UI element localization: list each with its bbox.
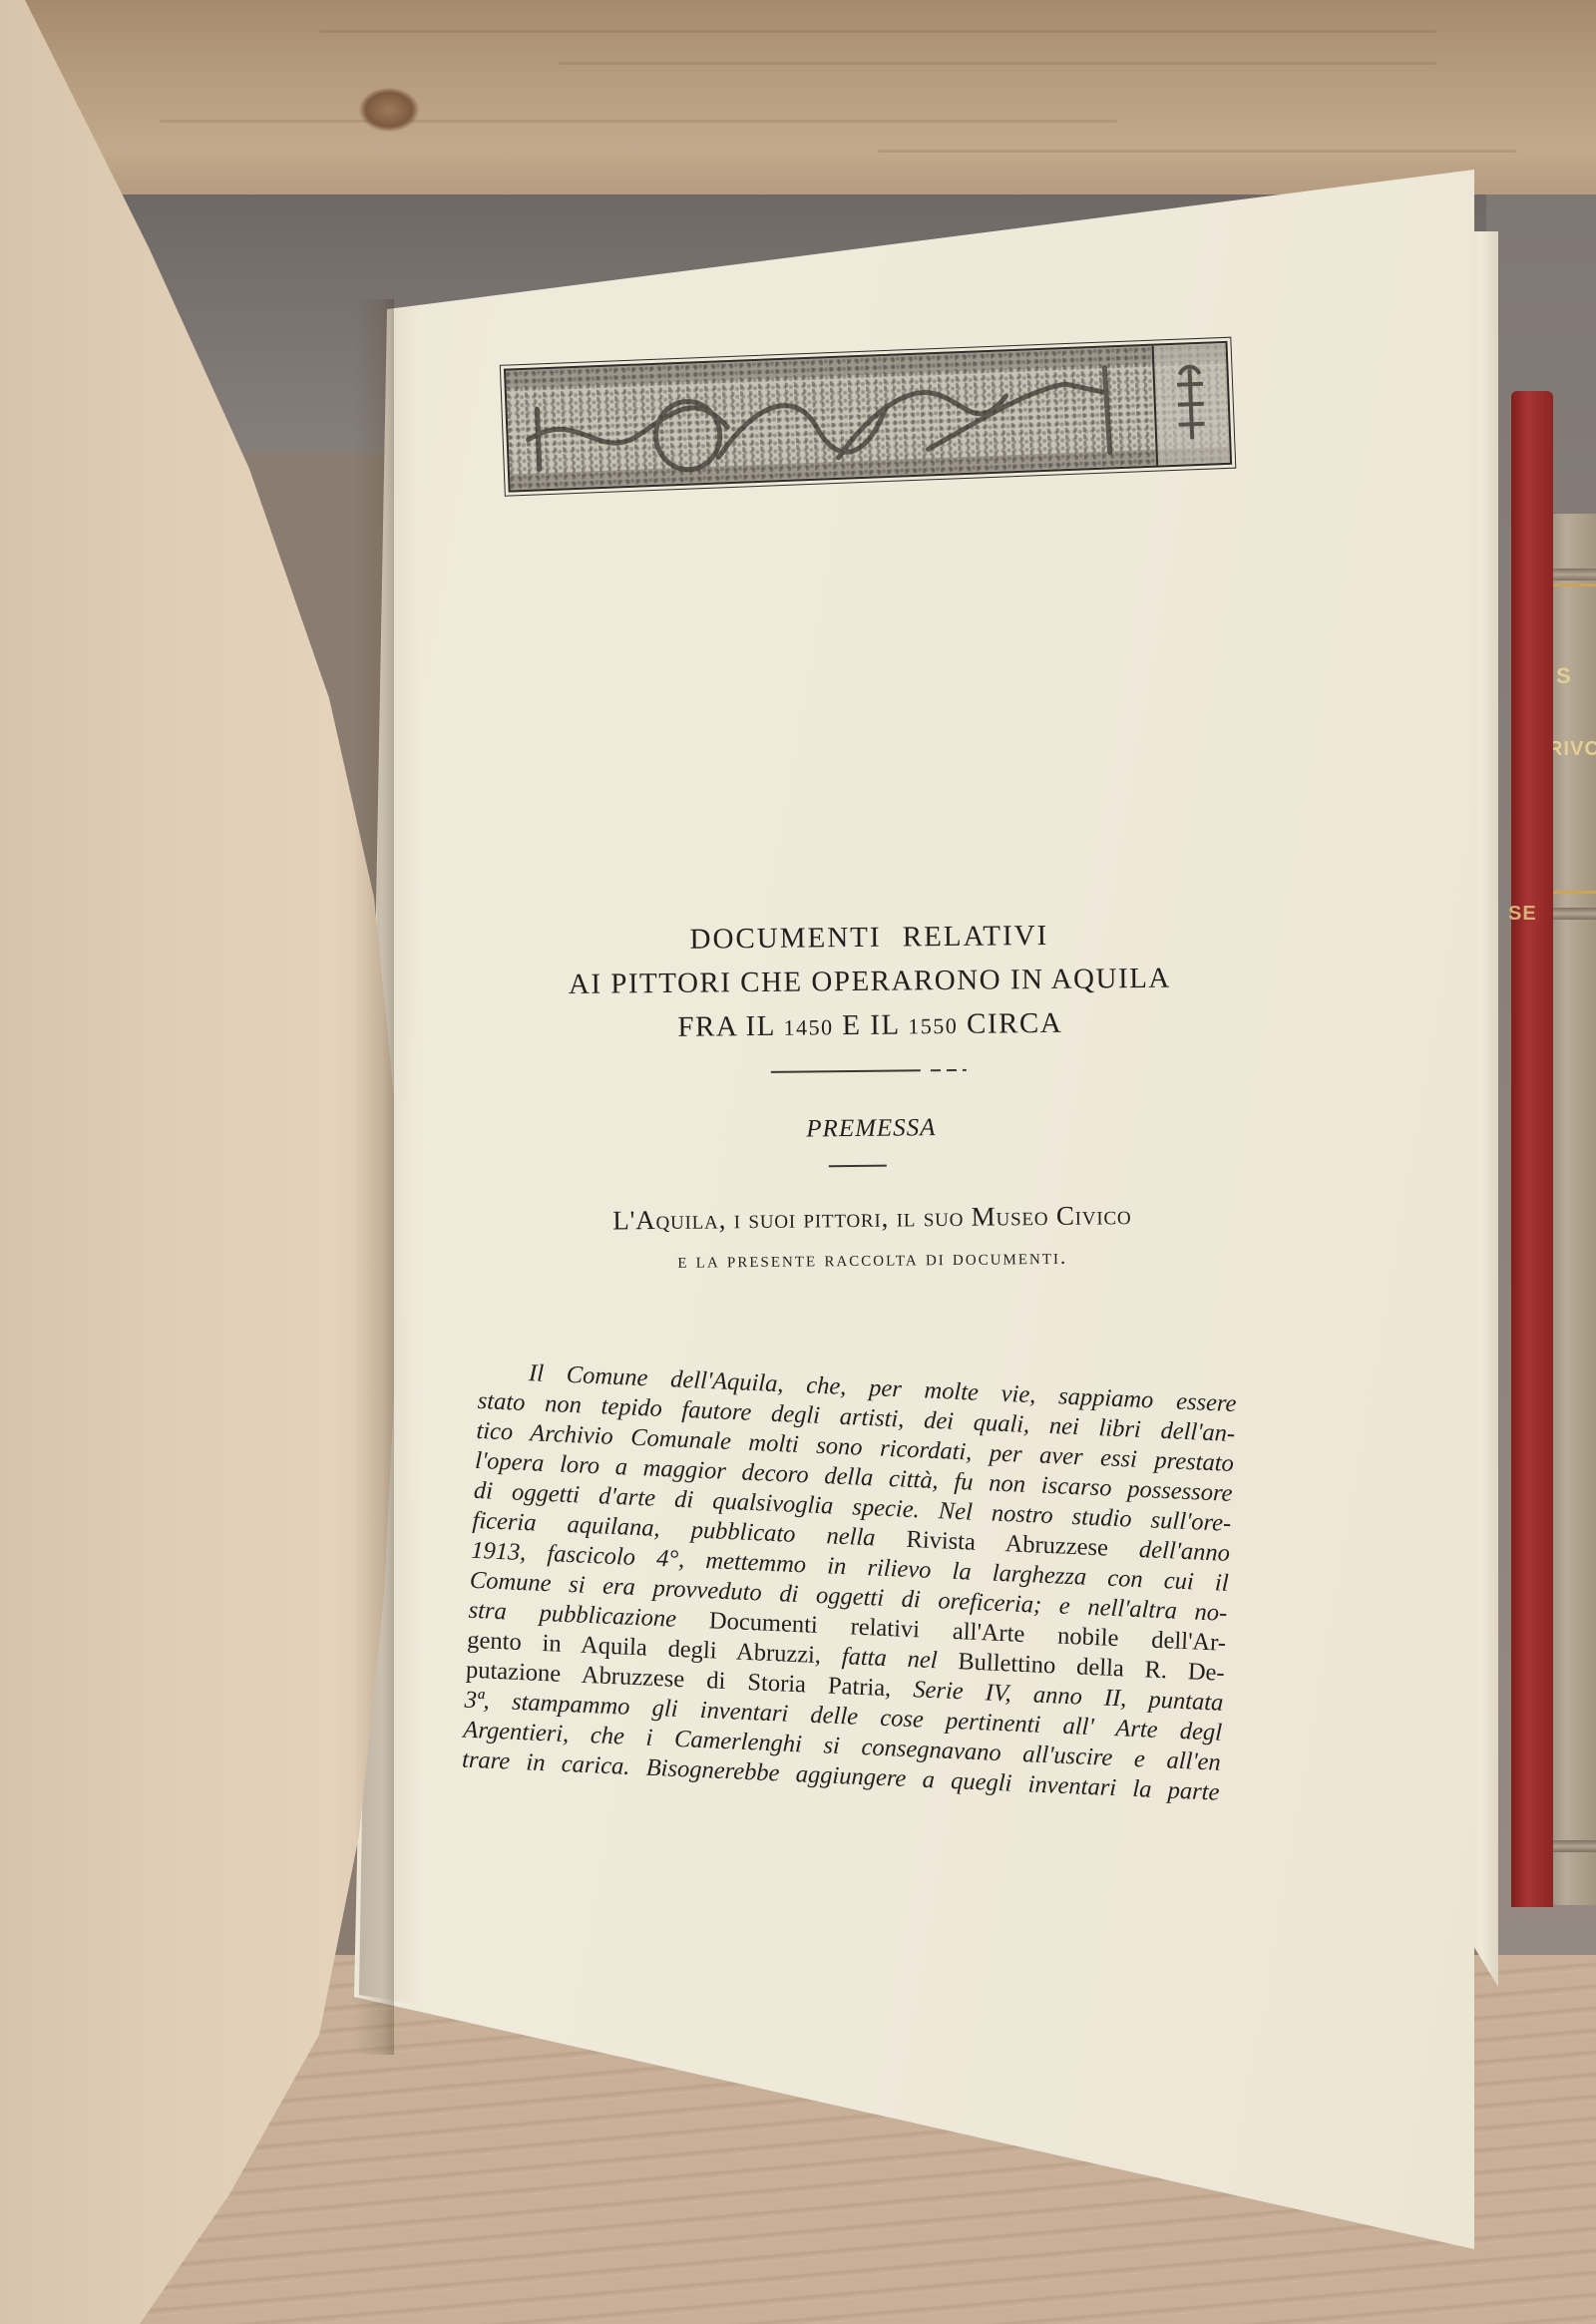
page-title: DOCUMENTI RELATIVI AI PITTORI CHE OPERAR… — [475, 912, 1264, 1053]
neighbor-book-red — [1511, 391, 1553, 1907]
vine-scroll-icon — [506, 343, 1230, 491]
page-content: DOCUMENTI RELATIVI AI PITTORI CHE OPERAR… — [469, 321, 1274, 1945]
book-photo-scene: S RIVO SE — [0, 0, 1596, 2324]
ornament-frieze — [504, 341, 1232, 493]
section-title: PREMESSA — [477, 1111, 1265, 1147]
body-paragraph: Il Comune dell'Aquila, che, per molte vi… — [461, 1356, 1237, 1808]
italic-text: dell'anno — [1107, 1535, 1230, 1567]
title-rule-dashes — [931, 1069, 967, 1071]
chapter-subtitle-line-2: e la presente raccolta di documenti. — [479, 1243, 1267, 1276]
chapter-subtitle: L'Aquila, i suoi pittori, il suo Museo C… — [478, 1199, 1266, 1238]
upper-shelf-board — [0, 0, 1596, 199]
red-book-spine-label: SE — [1508, 903, 1548, 926]
tan-book-spine-letter: S — [1556, 663, 1572, 689]
wood-knot — [359, 88, 419, 132]
carved-symbol-icon — [1154, 343, 1229, 466]
title-line-2: AI PITTORI CHE OPERARONO IN AQUILA — [476, 956, 1264, 1007]
title-rule — [771, 1069, 921, 1073]
section-rule — [829, 1165, 887, 1168]
tan-book-spine-label: RIVO — [1548, 738, 1596, 761]
italic-text: fatta nel — [841, 1643, 959, 1675]
left-page-shadow — [354, 299, 394, 2055]
title-line-3: FRA IL 1450 E IL 1550 CIRCA — [476, 999, 1264, 1053]
neighbor-book-tan — [1546, 514, 1596, 1905]
ornament-side-panel — [1152, 343, 1231, 466]
